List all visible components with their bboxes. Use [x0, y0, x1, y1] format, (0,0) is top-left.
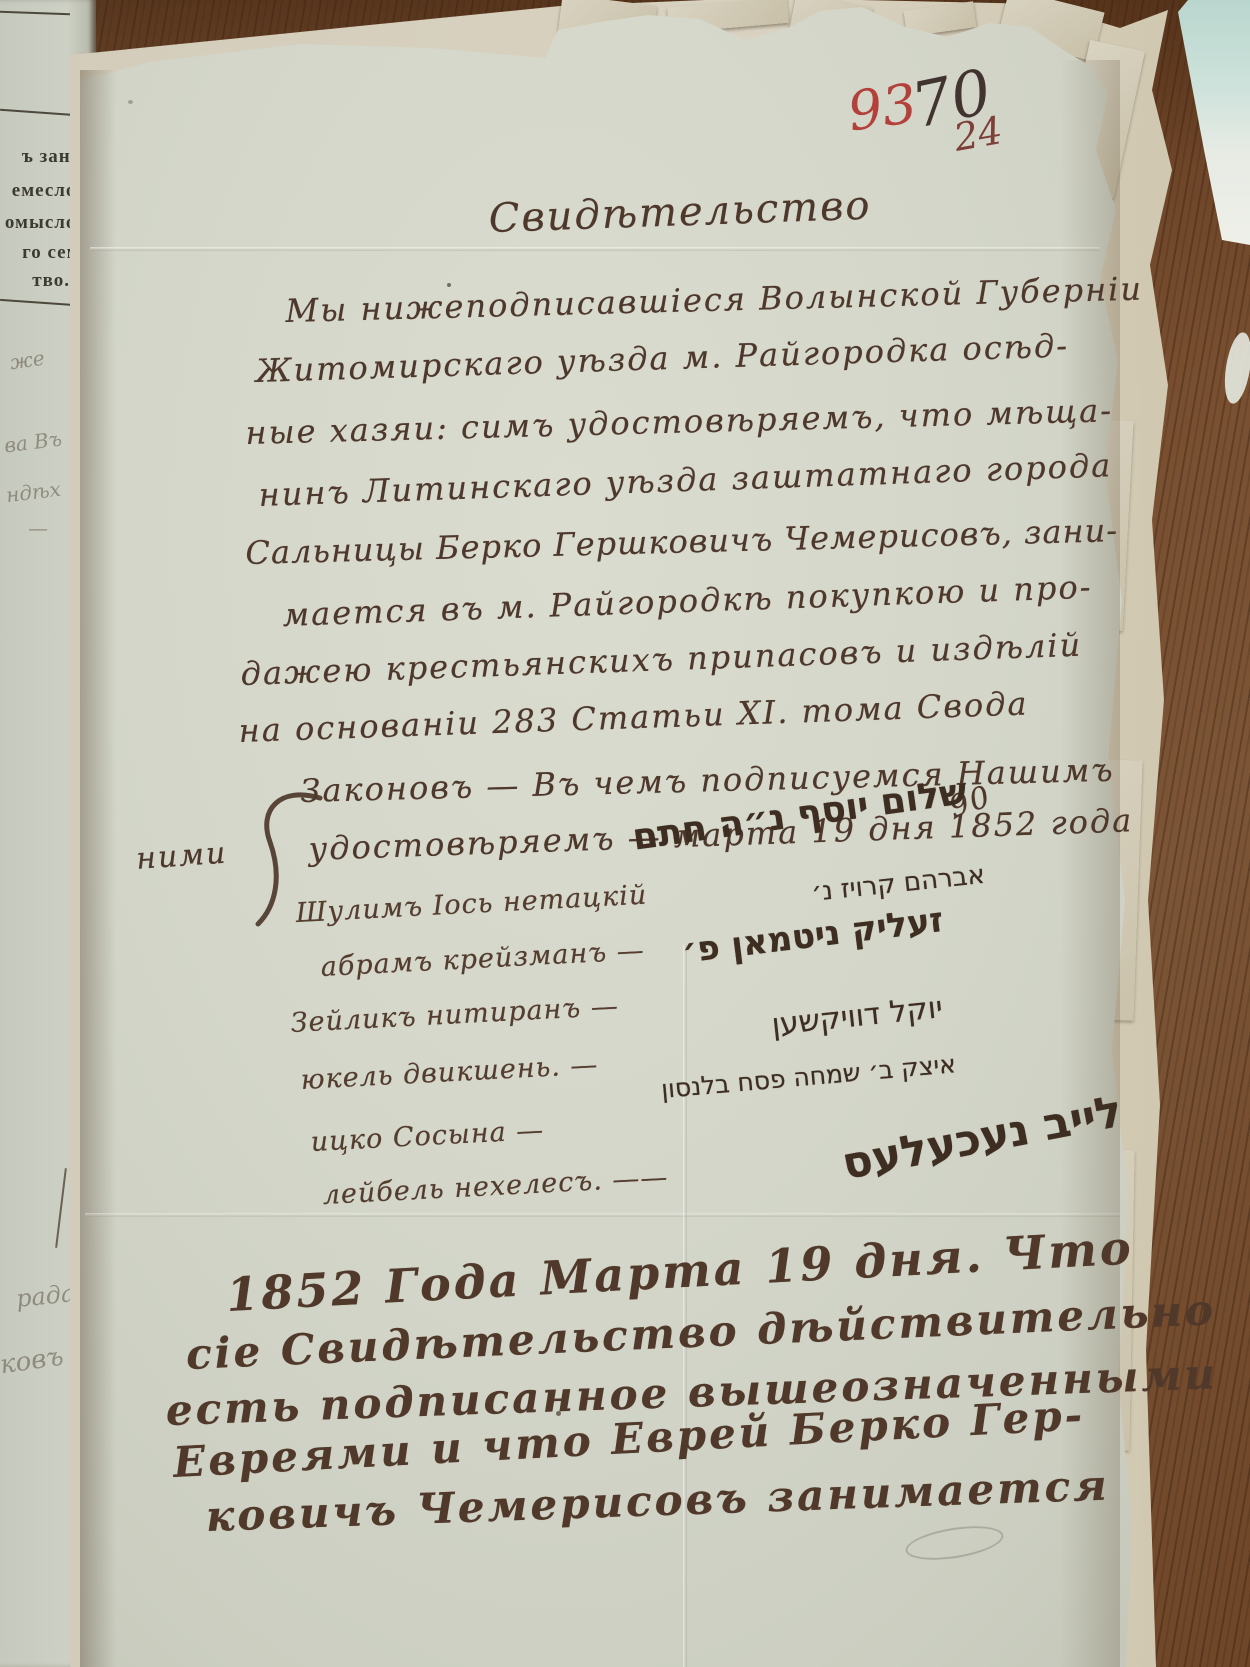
- faint-handwriting: ва Въ: [3, 427, 63, 458]
- sub-folio-number: 24: [951, 108, 1006, 160]
- margin-note: ними: [135, 836, 229, 877]
- printed-fragment: тво.: [32, 270, 70, 292]
- faint-handwriting: же: [8, 346, 46, 375]
- document-photo: ъ зани- емеслом омыслом го семе тво. же …: [0, 0, 1250, 1667]
- paper-speck: [447, 283, 451, 287]
- faint-handwriting: ндѣх: [5, 477, 62, 507]
- faint-handwriting: ковъ: [0, 1342, 65, 1381]
- faint-handwriting: —: [28, 516, 48, 540]
- paper-sliver: [1221, 331, 1250, 406]
- faint-handwriting: рада: [15, 1279, 77, 1313]
- teal-folder-corner: [1178, 0, 1250, 245]
- paper-speck: [128, 100, 133, 104]
- table-rule-top: [0, 11, 70, 15]
- pen-stroke: [55, 1168, 67, 1248]
